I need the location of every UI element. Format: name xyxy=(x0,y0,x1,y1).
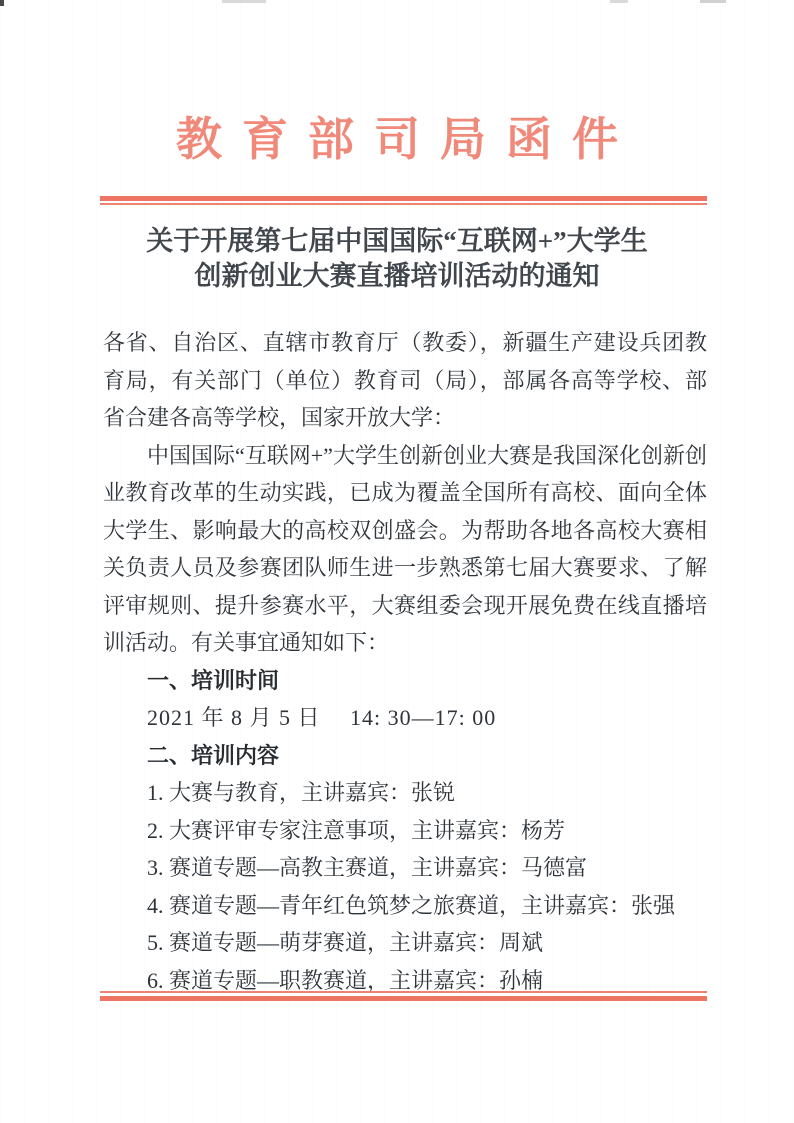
training-item-5: 5. 赛道专题—萌芽赛道，主讲嘉宾：周斌 xyxy=(103,924,707,962)
document-page: 教育部司局函件 关于开展第七届中国国际“互联网+”大学生 创新创业大赛直播培训活… xyxy=(0,0,794,1123)
training-time-value: 2021 年 8 月 5 日 14: 30—17: 00 xyxy=(103,699,707,737)
training-item-2: 2. 大赛评审专家注意事项，主讲嘉宾：杨芳 xyxy=(103,812,707,850)
letterhead-divider-rule xyxy=(100,196,707,205)
training-item-4: 4. 赛道专题—青年红色筑梦之旅赛道，主讲嘉宾：张强 xyxy=(103,887,707,925)
notice-title: 关于开展第七届中国国际“互联网+”大学生 创新创业大赛直播培训活动的通知 xyxy=(40,224,754,294)
letterhead-title: 教育部司局函件 xyxy=(0,114,794,166)
footer-divider-rule xyxy=(100,991,707,1001)
scan-artifact xyxy=(610,0,628,3)
scan-artifact xyxy=(700,0,726,3)
notice-title-line-1: 关于开展第七届中国国际“互联网+”大学生 xyxy=(40,224,754,259)
section-heading-training-content: 二、培训内容 xyxy=(103,737,707,775)
recipients-paragraph: 各省、自治区、直辖市教育厅（教委），新疆生产建设兵团教育局，有关部门（单位）教育… xyxy=(103,324,707,437)
scan-artifact xyxy=(222,0,266,3)
notice-title-line-2: 创新创业大赛直播培训活动的通知 xyxy=(40,259,754,294)
document-body: 各省、自治区、直辖市教育厅（教委），新疆生产建设兵团教育局，有关部门（单位）教育… xyxy=(103,324,707,999)
training-item-3: 3. 赛道专题—高教主赛道，主讲嘉宾：马德富 xyxy=(103,849,707,887)
training-item-1: 1. 大赛与教育，主讲嘉宾：张锐 xyxy=(103,774,707,812)
section-heading-training-time: 一、培训时间 xyxy=(103,662,707,700)
intro-paragraph: 中国国际“互联网+”大学生创新创业大赛是我国深化创新创业教育改革的生动实践，已成… xyxy=(103,437,707,662)
scan-artifact xyxy=(0,0,4,6)
